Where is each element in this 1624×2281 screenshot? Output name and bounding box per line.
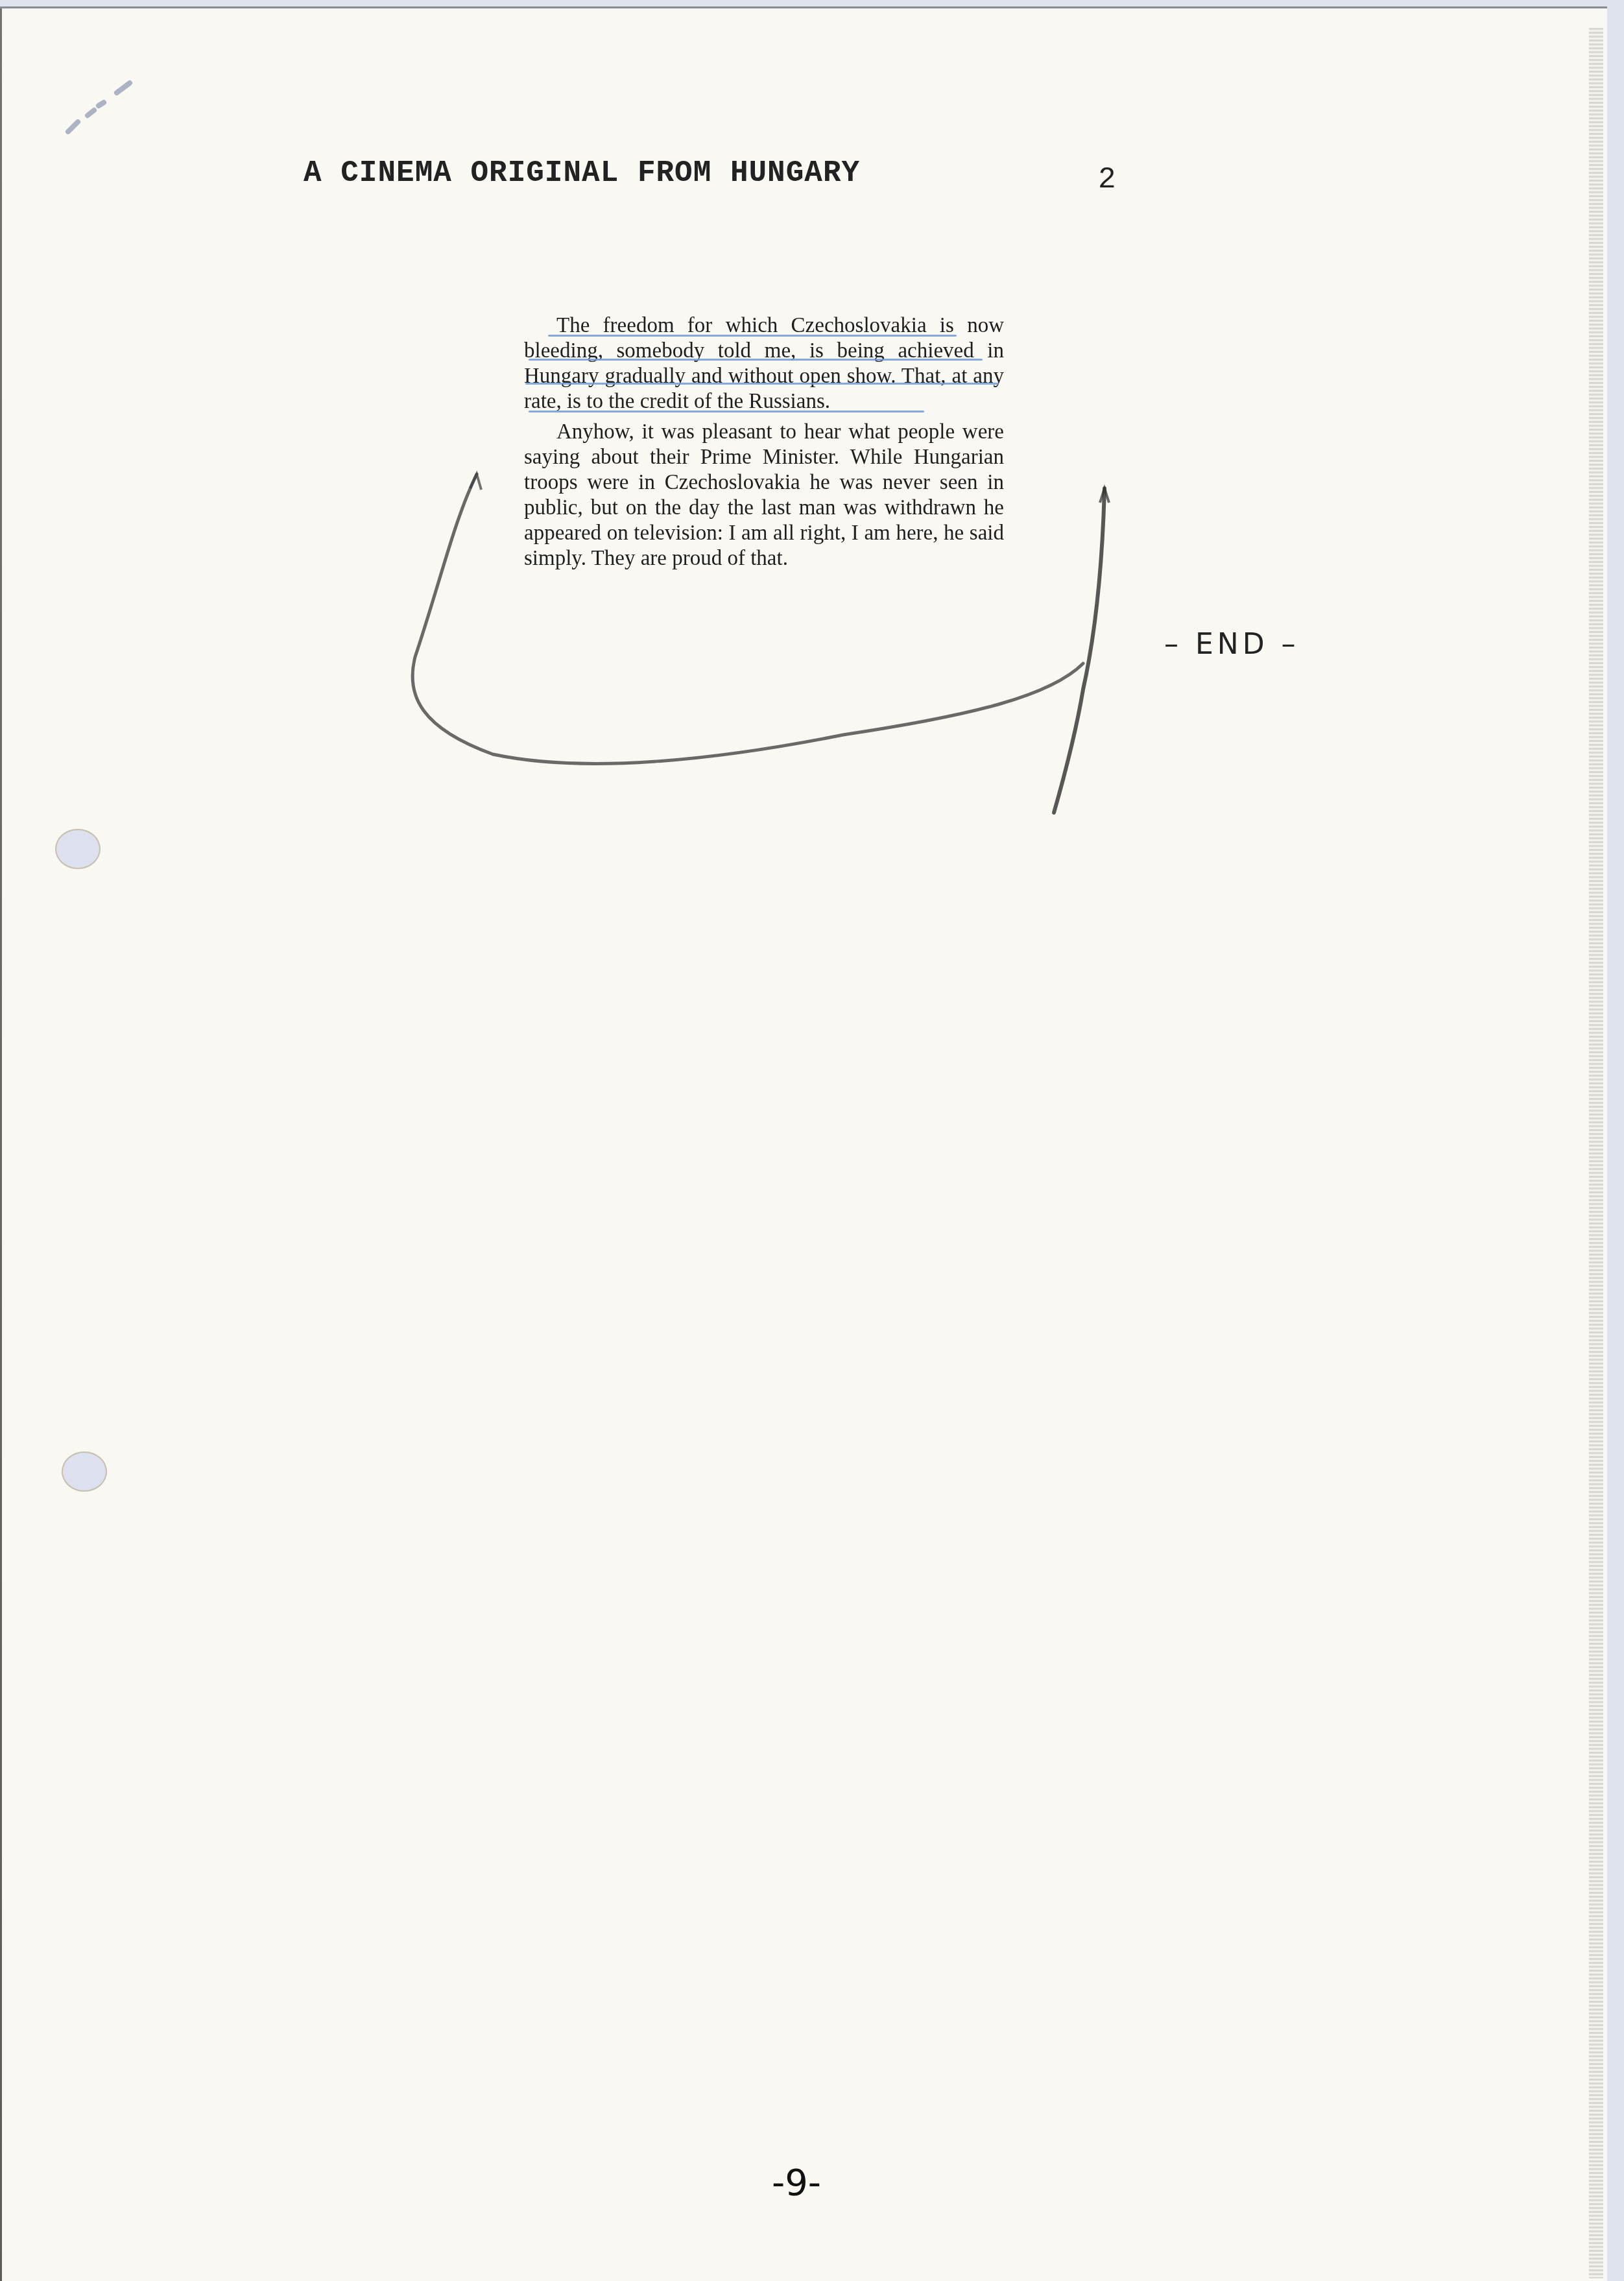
punch-hole-bottom [62,1451,107,1492]
document-page: A CINEMA ORIGINAL FROM HUNGARY 2 The fre… [0,6,1607,2281]
pencil-bracket [0,8,1607,2281]
punch-hole-top [55,829,101,869]
handwritten-folio-number: -9- [772,2162,821,2204]
handwritten-end-mark: – END – [1164,628,1300,661]
